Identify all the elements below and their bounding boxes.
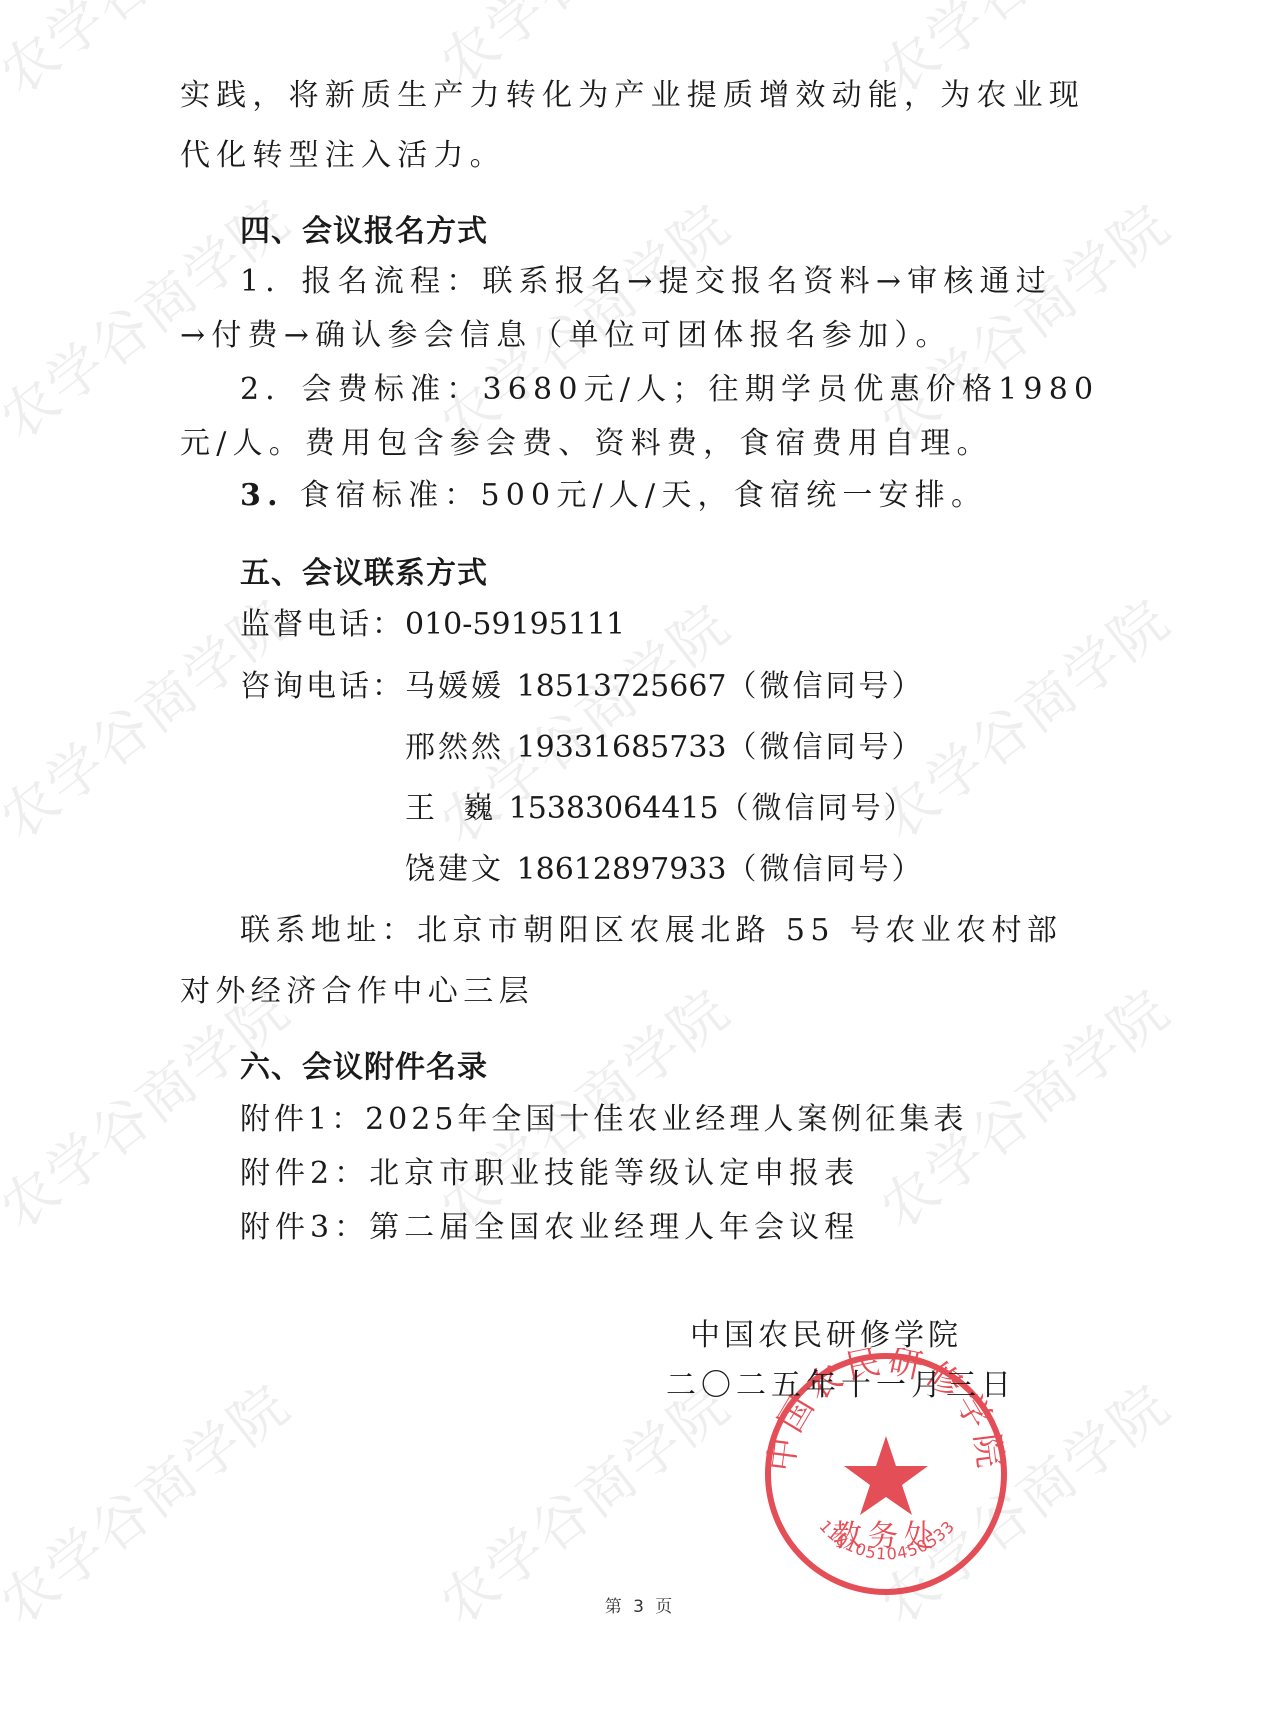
consult-label: 咨询电话： [240, 669, 405, 704]
page-number: 第 3 页 [0, 1592, 1280, 1617]
supervision-phone: 010-59195111 [405, 607, 625, 642]
accommodation-line: 3. 食宿标准：500元/人/天，食宿统一安排。 [240, 478, 987, 514]
contact-note: （微信同号） [727, 730, 925, 765]
contact-note: （微信同号） [719, 791, 917, 826]
supervision-label: 监督电话： [240, 607, 405, 642]
contact-name: 饶建文 [405, 852, 504, 888]
contact-name: 马媛媛 [405, 669, 504, 705]
attachment-item: 附件1：2025年全国十佳农业经理人案例征集表 [240, 1102, 967, 1138]
contact-row: 饶建文 18612897933（微信同号） [405, 852, 925, 888]
contact-phone: 18612897933 [517, 852, 727, 887]
registration-process-line: 1．报名流程：联系报名→提交报名资料→审核通过 [240, 264, 1052, 300]
paragraph-line: 代化转型注入活力。 [180, 138, 506, 174]
contact-phone: 19331685733 [517, 730, 727, 765]
attachment-item: 附件2：北京市职业技能等级认定申报表 [240, 1156, 859, 1192]
contact-note: （微信同号） [727, 669, 925, 704]
contact-note: （微信同号） [727, 852, 925, 887]
attachment-item: 附件3：第二届全国农业经理人年会议程 [240, 1210, 859, 1246]
registration-process-line: →付费→确认参会信息（单位可团体报名参加）。 [180, 318, 952, 354]
accommodation-text: 食宿标准：500元/人/天，食宿统一安排。 [299, 478, 987, 513]
contact-row: 咨询电话：马媛媛 18513725667（微信同号） [240, 669, 925, 705]
signing-organization: 中国农民研修学院 [690, 1318, 962, 1354]
section-heading-attachments: 六、会议附件名录 [240, 1050, 488, 1086]
address-line: 对外经济合作中心三层 [180, 974, 534, 1010]
star-icon [844, 1436, 928, 1515]
section-heading-contact: 五、会议联系方式 [240, 556, 488, 592]
contact-phone: 15383064415 [509, 791, 719, 826]
contact-row: 王 巍 15383064415（微信同号） [405, 791, 917, 827]
contact-row: 邢然然 19331685733（微信同号） [405, 730, 925, 766]
document-page: 农学谷商学院 农学谷商学院 农学谷商学院 农学谷商学院 农学谷商学院 农学谷商学… [0, 0, 1280, 1720]
fee-standard-line: 2．会费标准：3680元/人；往期学员优惠价格1980 [240, 372, 1099, 408]
contact-name: 王 巍 [405, 791, 496, 827]
contact-phone: 18513725667 [517, 669, 727, 704]
paragraph-line: 实践，将新质生产力转化为产业提质增效动能，为农业现 [180, 78, 1085, 114]
item-number: 3. [240, 478, 284, 513]
address-line: 联系地址：北京市朝阳区农展北路 55 号农业农村部 [240, 913, 1062, 949]
fee-standard-line: 元/人。费用包含参会费、资料费，食宿费用自理。 [180, 426, 993, 462]
contact-name: 邢然然 [405, 730, 504, 766]
section-heading-registration: 四、会议报名方式 [240, 214, 488, 250]
signing-date: 二〇二五年十一月三日 [666, 1368, 1016, 1404]
supervision-phone-line: 监督电话：010-59195111 [240, 607, 625, 643]
